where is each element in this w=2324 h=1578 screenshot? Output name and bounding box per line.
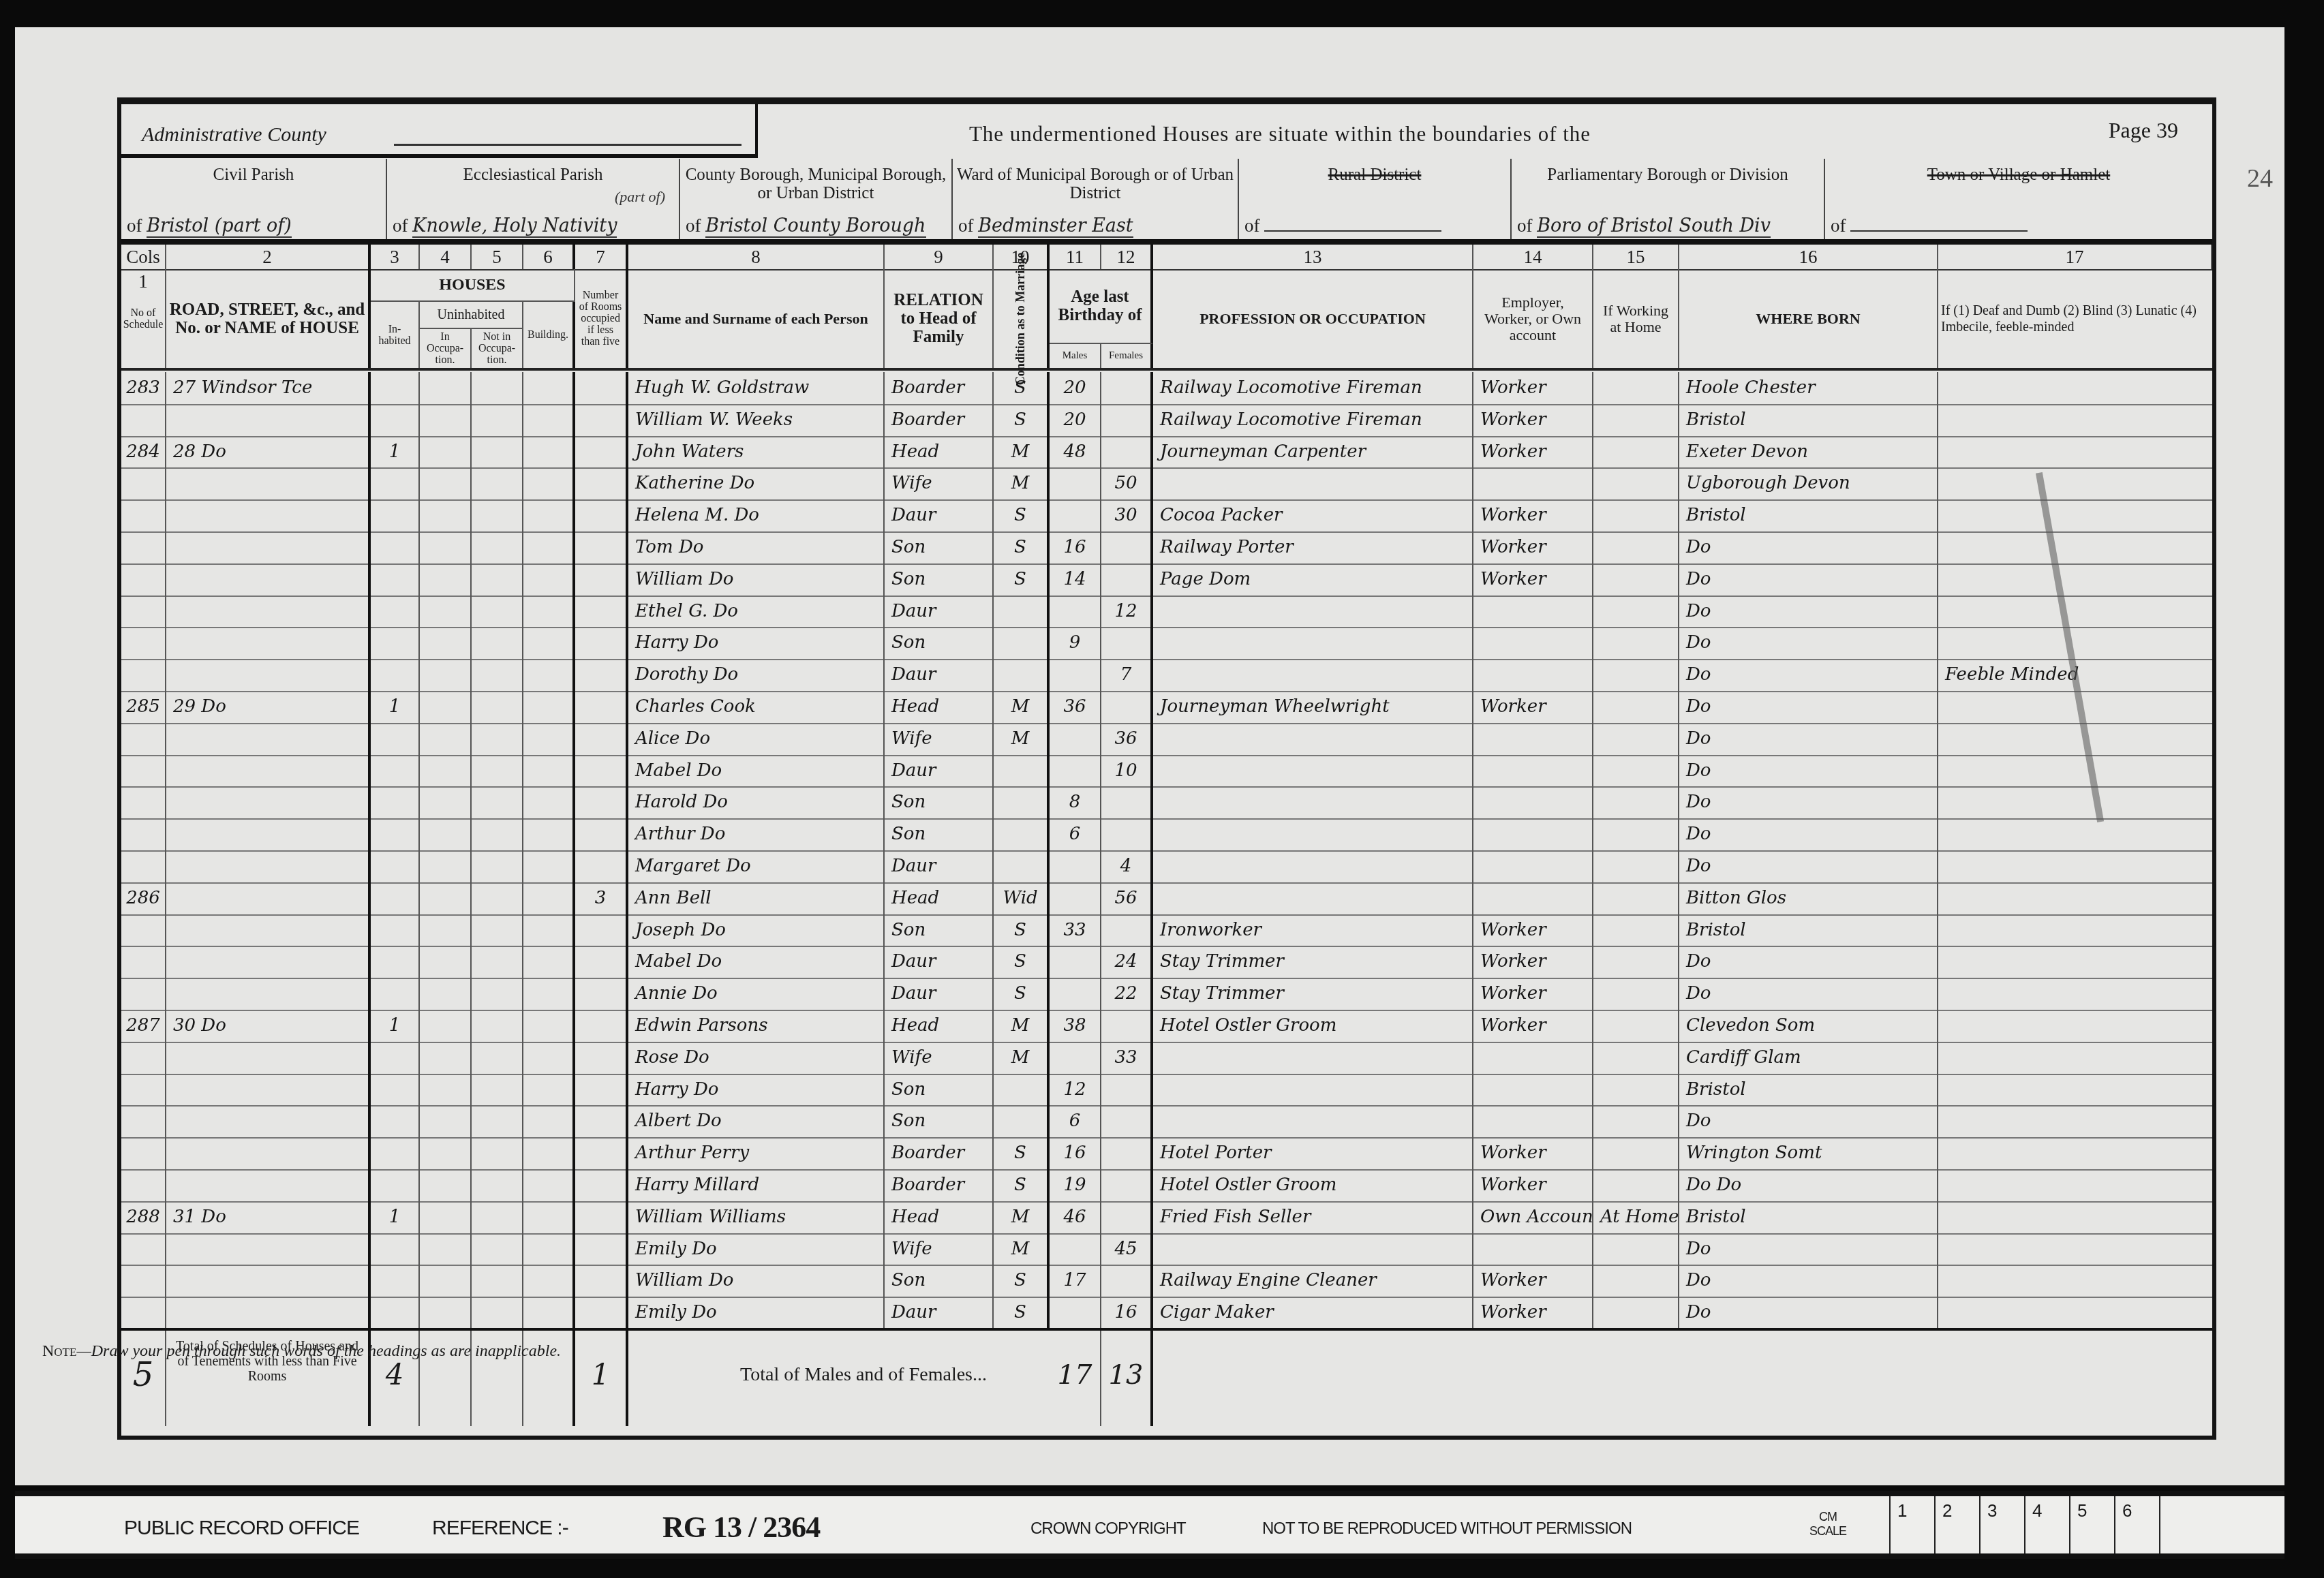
rooms-cell bbox=[575, 659, 628, 691]
page-number: Page 39 bbox=[2109, 118, 2178, 143]
address-cell bbox=[166, 786, 371, 818]
schedule-cell: 283 bbox=[121, 372, 166, 404]
name-cell: Charles Cook bbox=[628, 691, 885, 723]
relation-cell: Wife bbox=[885, 723, 994, 755]
rooms-cell bbox=[575, 818, 628, 850]
not-in-occupation-cell bbox=[472, 436, 523, 468]
address-cell bbox=[166, 404, 371, 436]
not-in-occupation-cell bbox=[472, 659, 523, 691]
table-row: William DoSonS17Railway Engine CleanerWo… bbox=[121, 1265, 2212, 1298]
employment-cell bbox=[1473, 1042, 1593, 1074]
at-home-cell bbox=[1593, 531, 1679, 563]
boundary-value: Bristol (part of) bbox=[147, 215, 292, 238]
header-road: ROAD, STREET, &c., and No. or NAME of HO… bbox=[166, 269, 371, 368]
name-cell: Arthur Do bbox=[628, 818, 885, 850]
infirmity-cell bbox=[1938, 818, 2212, 850]
schedule-cell bbox=[121, 1074, 166, 1106]
birthplace-cell: Bitton Glos bbox=[1679, 882, 1938, 914]
administrative-county: Administrative County bbox=[121, 104, 758, 158]
column-number: 2 bbox=[166, 245, 371, 269]
condition-cell: M bbox=[994, 467, 1050, 499]
infirmity-cell bbox=[1938, 595, 2212, 628]
relation-cell: Head bbox=[885, 1201, 994, 1233]
in-occupation-cell bbox=[420, 627, 472, 659]
female-age-cell: 33 bbox=[1101, 1042, 1153, 1074]
infirmity-cell bbox=[1938, 850, 2212, 882]
address-cell: 31 Do bbox=[166, 1201, 371, 1233]
name-cell: Helena M. Do bbox=[628, 499, 885, 531]
relation-cell: Daur bbox=[885, 978, 994, 1010]
inhabited-cell bbox=[371, 1297, 420, 1329]
occupation-cell: Fried Fish Seller bbox=[1153, 1201, 1473, 1233]
condition-cell bbox=[994, 1074, 1050, 1106]
occupation-cell: Hotel Ostler Groom bbox=[1153, 1010, 1473, 1042]
condition-cell: M bbox=[994, 1042, 1050, 1074]
birthplace-cell: Do bbox=[1679, 818, 1938, 850]
address-cell bbox=[166, 818, 371, 850]
male-age-cell: 6 bbox=[1050, 818, 1101, 850]
condition-cell: S bbox=[994, 1265, 1050, 1297]
birthplace-cell: Do bbox=[1679, 595, 1938, 628]
scale-label: CM SCALE bbox=[1801, 1510, 1855, 1538]
at-home-cell bbox=[1593, 563, 1679, 595]
header-schedule: No of Schedule bbox=[121, 269, 166, 368]
relation-cell: Head bbox=[885, 436, 994, 468]
employment-cell: Worker bbox=[1473, 978, 1593, 1010]
building-cell bbox=[523, 531, 575, 563]
relation-cell: Daur bbox=[885, 850, 994, 882]
birthplace-cell: Bristol bbox=[1679, 914, 1938, 946]
male-age-cell bbox=[1050, 659, 1101, 691]
header-relation: RELATION to Head of Family bbox=[885, 269, 994, 368]
birthplace-cell: Do Do bbox=[1679, 1169, 1938, 1201]
at-home-cell bbox=[1593, 1169, 1679, 1201]
schedule-cell bbox=[121, 786, 166, 818]
table-row: Katherine DoWifeM50Ugborough Devon bbox=[121, 467, 2212, 501]
relation-cell: Son bbox=[885, 914, 994, 946]
table-row: Arthur DoSon6Do bbox=[121, 818, 2212, 852]
boundary-county-borough: County Borough, Municipal Borough, or Ur… bbox=[680, 159, 953, 239]
inhabited-cell bbox=[371, 850, 420, 882]
schedule-cell bbox=[121, 404, 166, 436]
birthplace-cell: Bristol bbox=[1679, 1201, 1938, 1233]
condition-cell: S bbox=[994, 978, 1050, 1010]
not-in-occupation-cell bbox=[472, 978, 523, 1010]
relation-cell: Daur bbox=[885, 755, 994, 787]
inhabited-cell bbox=[371, 786, 420, 818]
employment-cell: Worker bbox=[1473, 563, 1593, 595]
relation-cell: Son bbox=[885, 1105, 994, 1137]
rooms-cell bbox=[575, 404, 628, 436]
birthplace-cell: Do bbox=[1679, 563, 1938, 595]
name-cell: William Do bbox=[628, 1265, 885, 1297]
female-age-cell bbox=[1101, 372, 1153, 404]
address-cell bbox=[166, 1105, 371, 1137]
building-cell bbox=[523, 499, 575, 531]
male-age-cell: 19 bbox=[1050, 1169, 1101, 1201]
occupation-cell bbox=[1153, 882, 1473, 914]
inhabited-cell bbox=[371, 1169, 420, 1201]
column-numbers: Cols 1234567891011121314151617 bbox=[121, 245, 2212, 270]
male-age-cell bbox=[1050, 723, 1101, 755]
infirmity-cell bbox=[1938, 1233, 2212, 1265]
schedule-cell bbox=[121, 946, 166, 978]
condition-cell: S bbox=[994, 372, 1050, 404]
infirmity-cell bbox=[1938, 1169, 2212, 1201]
address-cell: 27 Windsor Tce bbox=[166, 372, 371, 404]
relation-cell: Boarder bbox=[885, 1137, 994, 1169]
occupation-cell: Stay Trimmer bbox=[1153, 978, 1473, 1010]
infirmity-cell bbox=[1938, 531, 2212, 563]
administrative-county-label: Administrative County bbox=[142, 123, 326, 146]
schedule-cell bbox=[121, 1233, 166, 1265]
infirmity-cell bbox=[1938, 563, 2212, 595]
name-cell: Rose Do bbox=[628, 1042, 885, 1074]
building-cell bbox=[523, 1010, 575, 1042]
column-headers: No of Schedule ROAD, STREET, &c., and No… bbox=[121, 269, 2212, 371]
birthplace-cell: Do bbox=[1679, 786, 1938, 818]
table-row: Arthur PerryBoarderS16Hotel PorterWorker… bbox=[121, 1137, 2212, 1171]
rooms-cell bbox=[575, 595, 628, 628]
relation-cell: Daur bbox=[885, 1297, 994, 1329]
female-age-cell bbox=[1101, 818, 1153, 850]
employment-cell bbox=[1473, 723, 1593, 755]
schedule-cell bbox=[121, 1105, 166, 1137]
at-home-cell bbox=[1593, 499, 1679, 531]
infirmity-cell bbox=[1938, 1074, 2212, 1106]
occupation-cell: Hotel Ostler Groom bbox=[1153, 1169, 1473, 1201]
building-cell bbox=[523, 946, 575, 978]
header-at-home: If Working at Home bbox=[1593, 269, 1679, 368]
name-cell: Albert Do bbox=[628, 1105, 885, 1137]
relation-cell: Wife bbox=[885, 1233, 994, 1265]
condition-cell: M bbox=[994, 1010, 1050, 1042]
table-row: 28428 Do1John WatersHeadM48Journeyman Ca… bbox=[121, 436, 2212, 469]
scale-mark: 5 bbox=[2069, 1496, 2114, 1553]
table-row: Tom DoSonS16Railway PorterWorkerDo bbox=[121, 531, 2212, 565]
birthplace-cell: Hoole Chester bbox=[1679, 372, 1938, 404]
occupation-cell bbox=[1153, 1105, 1473, 1137]
rooms-cell bbox=[575, 1169, 628, 1201]
name-cell: Emily Do bbox=[628, 1297, 885, 1329]
total-rooms: 1 bbox=[575, 1331, 628, 1426]
table-row: 28529 Do1Charles CookHeadM36Journeyman W… bbox=[121, 691, 2212, 724]
address-cell bbox=[166, 1074, 371, 1106]
boundary-label: Town or Village or Hamlet bbox=[1825, 159, 2212, 184]
building-cell bbox=[523, 914, 575, 946]
schedule-cell bbox=[121, 659, 166, 691]
rooms-cell bbox=[575, 1105, 628, 1137]
occupation-cell: Hotel Porter bbox=[1153, 1137, 1473, 1169]
employment-cell bbox=[1473, 818, 1593, 850]
footer-restriction: NOT TO BE REPRODUCED WITHOUT PERMISSION bbox=[1262, 1519, 1632, 1538]
occupation-cell bbox=[1153, 723, 1473, 755]
occupation-cell: Journeyman Wheelwright bbox=[1153, 691, 1473, 723]
name-cell: Harry Millard bbox=[628, 1169, 885, 1201]
header-inhabited: In-habited bbox=[371, 302, 420, 368]
female-age-cell bbox=[1101, 404, 1153, 436]
female-age-cell: 16 bbox=[1101, 1297, 1153, 1329]
female-age-cell: 36 bbox=[1101, 723, 1153, 755]
occupation-cell: Ironworker bbox=[1153, 914, 1473, 946]
name-cell: Tom Do bbox=[628, 531, 885, 563]
rooms-cell bbox=[575, 850, 628, 882]
infirmity-cell bbox=[1938, 786, 2212, 818]
schedule-cell bbox=[121, 563, 166, 595]
address-cell bbox=[166, 723, 371, 755]
infirmity-cell bbox=[1938, 1201, 2212, 1233]
birthplace-cell: Bristol bbox=[1679, 499, 1938, 531]
occupation-cell bbox=[1153, 786, 1473, 818]
infirmity-cell bbox=[1938, 627, 2212, 659]
at-home-cell bbox=[1593, 595, 1679, 628]
total-males: 17 bbox=[1050, 1331, 1101, 1426]
male-age-cell: 14 bbox=[1050, 563, 1101, 595]
schedule-cell bbox=[121, 914, 166, 946]
condition-cell bbox=[994, 595, 1050, 628]
infirmity-cell bbox=[1938, 914, 2212, 946]
rooms-cell bbox=[575, 563, 628, 595]
birthplace-cell: Wrington Somt bbox=[1679, 1137, 1938, 1169]
rooms-cell bbox=[575, 978, 628, 1010]
table-row: William DoSonS14Page DomWorkerDo bbox=[121, 563, 2212, 597]
not-in-occupation-cell bbox=[472, 1137, 523, 1169]
column-number: 11 bbox=[1050, 245, 1101, 269]
boundary-value: Knowle, Holy Nativity bbox=[412, 215, 617, 238]
condition-cell: S bbox=[994, 1169, 1050, 1201]
in-occupation-cell bbox=[420, 1169, 472, 1201]
schedule-cell bbox=[121, 978, 166, 1010]
table-row: 28327 Windsor TceHugh W. GoldstrawBoarde… bbox=[121, 372, 2212, 405]
infirmity-cell bbox=[1938, 1105, 2212, 1137]
birthplace-cell: Do bbox=[1679, 723, 1938, 755]
in-occupation-cell bbox=[420, 467, 472, 499]
at-home-cell bbox=[1593, 946, 1679, 978]
column-number: 3 bbox=[371, 245, 420, 269]
female-age-cell: 24 bbox=[1101, 946, 1153, 978]
employment-cell bbox=[1473, 882, 1593, 914]
in-occupation-cell bbox=[420, 818, 472, 850]
table-row: Joseph DoSonS33IronworkerWorkerBristol bbox=[121, 914, 2212, 948]
rooms-cell bbox=[575, 1201, 628, 1233]
column-number: 8 bbox=[628, 245, 885, 269]
male-age-cell bbox=[1050, 755, 1101, 787]
employment-cell bbox=[1473, 595, 1593, 628]
male-age-cell bbox=[1050, 978, 1101, 1010]
male-age-cell: 33 bbox=[1050, 914, 1101, 946]
employment-cell: Worker bbox=[1473, 914, 1593, 946]
column-number: 14 bbox=[1473, 245, 1593, 269]
male-age-cell: 46 bbox=[1050, 1201, 1101, 1233]
column-number: 5 bbox=[472, 245, 523, 269]
rooms-cell bbox=[575, 1297, 628, 1329]
female-age-cell bbox=[1101, 1137, 1153, 1169]
schedule-cell bbox=[121, 595, 166, 628]
table-row: Helena M. DoDaurS30Cocoa PackerWorkerBri… bbox=[121, 499, 2212, 533]
female-age-cell bbox=[1101, 1074, 1153, 1106]
in-occupation-cell bbox=[420, 1137, 472, 1169]
birthplace-cell: Bristol bbox=[1679, 404, 1938, 436]
birthplace-cell: Do bbox=[1679, 627, 1938, 659]
condition-cell bbox=[994, 1105, 1050, 1137]
column-number: 6 bbox=[523, 245, 575, 269]
rooms-cell bbox=[575, 914, 628, 946]
boundary-label: Rural District bbox=[1239, 159, 1510, 184]
name-cell: Harry Do bbox=[628, 1074, 885, 1106]
cm-scale: 123456 bbox=[1889, 1496, 2204, 1553]
infirmity-cell bbox=[1938, 1297, 2212, 1329]
inhabited-cell bbox=[371, 1074, 420, 1106]
male-age-cell: 48 bbox=[1050, 436, 1101, 468]
female-age-cell bbox=[1101, 914, 1153, 946]
building-cell bbox=[523, 372, 575, 404]
inhabited-cell bbox=[371, 1105, 420, 1137]
at-home-cell bbox=[1593, 372, 1679, 404]
scale-mark: 6 bbox=[2114, 1496, 2159, 1553]
column-number: 17 bbox=[1938, 245, 2212, 269]
in-occupation-cell bbox=[420, 946, 472, 978]
in-occupation-cell bbox=[420, 372, 472, 404]
folio-number: 24 bbox=[2247, 164, 2273, 194]
not-in-occupation-cell bbox=[472, 1233, 523, 1265]
building-cell bbox=[523, 436, 575, 468]
schedule-cell bbox=[121, 1297, 166, 1329]
address-cell bbox=[166, 1233, 371, 1265]
in-occupation-cell bbox=[420, 659, 472, 691]
address-cell bbox=[166, 882, 371, 914]
relation-cell: Son bbox=[885, 563, 994, 595]
at-home-cell bbox=[1593, 1137, 1679, 1169]
not-in-occupation-cell bbox=[472, 786, 523, 818]
schedule-cell: 287 bbox=[121, 1010, 166, 1042]
scale-mark bbox=[2159, 1496, 2204, 1553]
infirmity-cell bbox=[1938, 946, 2212, 978]
building-cell bbox=[523, 723, 575, 755]
female-age-cell bbox=[1101, 627, 1153, 659]
not-in-occupation-cell bbox=[472, 1042, 523, 1074]
inhabited-cell: 1 bbox=[371, 1201, 420, 1233]
employment-cell bbox=[1473, 659, 1593, 691]
header-infirmity: If (1) Deaf and Dumb (2) Blind (3) Lunat… bbox=[1938, 269, 2212, 368]
column-number: 4 bbox=[420, 245, 472, 269]
in-occupation-cell bbox=[420, 755, 472, 787]
at-home-cell bbox=[1593, 467, 1679, 499]
header-condition: Condition as to Marriage bbox=[994, 269, 1050, 368]
male-age-cell: 6 bbox=[1050, 1105, 1101, 1137]
building-cell bbox=[523, 627, 575, 659]
header-females: Females bbox=[1101, 344, 1153, 368]
at-home-cell bbox=[1593, 850, 1679, 882]
inhabited-cell bbox=[371, 946, 420, 978]
not-in-occupation-cell bbox=[472, 850, 523, 882]
name-cell: Hugh W. Goldstraw bbox=[628, 372, 885, 404]
schedule-cell bbox=[121, 1137, 166, 1169]
at-home-cell bbox=[1593, 659, 1679, 691]
name-cell: Katherine Do bbox=[628, 467, 885, 499]
employment-cell bbox=[1473, 1074, 1593, 1106]
condition-cell: S bbox=[994, 946, 1050, 978]
boundary-rural-district: Rural District of bbox=[1239, 159, 1512, 239]
schedule-cell bbox=[121, 850, 166, 882]
boundary-label: Parliamentary Borough or Division bbox=[1512, 159, 1824, 184]
in-occupation-cell bbox=[420, 691, 472, 723]
boundary-parliamentary-borough: Parliamentary Borough or Division of Bor… bbox=[1512, 159, 1825, 239]
at-home-cell bbox=[1593, 627, 1679, 659]
employment-cell: Worker bbox=[1473, 946, 1593, 978]
name-cell: Annie Do bbox=[628, 978, 885, 1010]
female-age-cell bbox=[1101, 563, 1153, 595]
table-row: Harry MillardBoarderS19Hotel Ostler Groo… bbox=[121, 1169, 2212, 1203]
birthplace-cell: Clevedon Som bbox=[1679, 1010, 1938, 1042]
not-in-occupation-cell bbox=[472, 499, 523, 531]
in-occupation-cell bbox=[420, 1201, 472, 1233]
name-cell: Ethel G. Do bbox=[628, 595, 885, 628]
at-home-cell bbox=[1593, 755, 1679, 787]
column-number: 7 bbox=[575, 245, 628, 269]
female-age-cell bbox=[1101, 531, 1153, 563]
at-home-cell bbox=[1593, 1297, 1679, 1329]
in-occupation-cell bbox=[420, 1233, 472, 1265]
not-in-occupation-cell bbox=[472, 372, 523, 404]
inhabited-cell bbox=[371, 531, 420, 563]
in-occupation-cell bbox=[420, 786, 472, 818]
census-page: 24 Administrative County The undermentio… bbox=[15, 27, 2284, 1485]
at-home-cell bbox=[1593, 818, 1679, 850]
occupation-cell: Railway Locomotive Fireman bbox=[1153, 404, 1473, 436]
infirmity-cell bbox=[1938, 499, 2212, 531]
male-age-cell bbox=[1050, 946, 1101, 978]
not-in-occupation-cell bbox=[472, 563, 523, 595]
name-cell: Emily Do bbox=[628, 1233, 885, 1265]
relation-cell: Head bbox=[885, 882, 994, 914]
relation-cell: Boarder bbox=[885, 1169, 994, 1201]
building-cell bbox=[523, 563, 575, 595]
column-number: 16 bbox=[1679, 245, 1938, 269]
address-cell bbox=[166, 499, 371, 531]
in-occupation-cell bbox=[420, 1042, 472, 1074]
not-in-occupation-cell bbox=[472, 531, 523, 563]
building-cell bbox=[523, 1201, 575, 1233]
schedule-cell: 285 bbox=[121, 691, 166, 723]
inhabited-cell bbox=[371, 1042, 420, 1074]
in-occupation-cell bbox=[420, 882, 472, 914]
occupation-cell: Cigar Maker bbox=[1153, 1297, 1473, 1329]
in-occupation-cell bbox=[420, 914, 472, 946]
boundary-label: Civil Parish bbox=[121, 159, 386, 184]
condition-cell: S bbox=[994, 404, 1050, 436]
infirmity-cell bbox=[1938, 978, 2212, 1010]
address-cell bbox=[166, 531, 371, 563]
building-cell bbox=[523, 404, 575, 436]
condition-cell bbox=[994, 627, 1050, 659]
condition-cell: M bbox=[994, 1201, 1050, 1233]
header-employment: Employer, Worker, or Own account bbox=[1473, 269, 1593, 368]
at-home-cell bbox=[1593, 1233, 1679, 1265]
not-in-occupation-cell bbox=[472, 1265, 523, 1297]
address-cell bbox=[166, 850, 371, 882]
rooms-cell bbox=[575, 467, 628, 499]
inhabited-cell bbox=[371, 755, 420, 787]
address-cell bbox=[166, 595, 371, 628]
inhabited-cell bbox=[371, 595, 420, 628]
schedule-cell bbox=[121, 1169, 166, 1201]
occupation-cell bbox=[1153, 755, 1473, 787]
female-age-cell bbox=[1101, 786, 1153, 818]
inhabited-cell bbox=[371, 1265, 420, 1297]
birthplace-cell: Do bbox=[1679, 1297, 1938, 1329]
condition-cell: M bbox=[994, 723, 1050, 755]
address-cell: 28 Do bbox=[166, 436, 371, 468]
